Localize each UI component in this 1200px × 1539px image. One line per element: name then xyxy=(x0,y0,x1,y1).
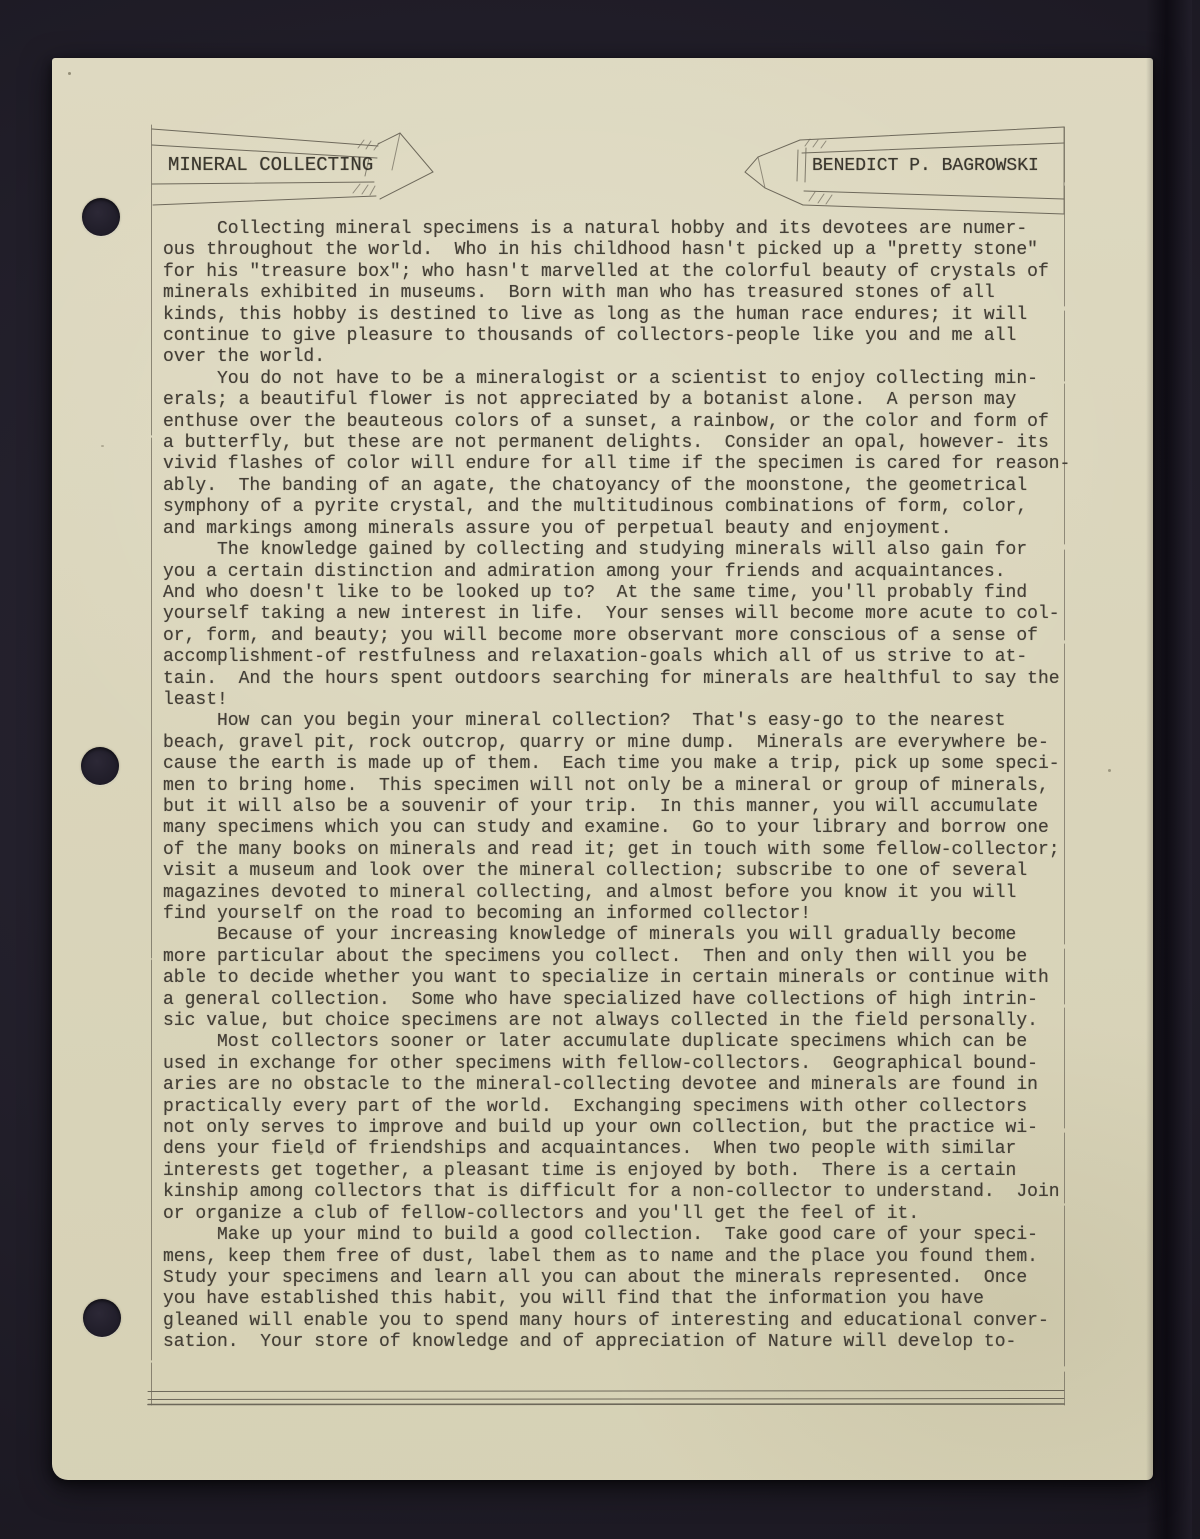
photo-background: MINERAL COLLECTING BENEDICT P. BAGROWSKI… xyxy=(0,0,1200,1539)
text-line: for his "treasure box"; who hasn't marve… xyxy=(163,262,1103,283)
text-line: you have established this habit, you wil… xyxy=(163,1289,1103,1310)
text-line: or organize a club of fellow-collectors … xyxy=(163,1204,1103,1225)
text-line: you a certain distinction and admiration… xyxy=(163,562,1103,583)
text-line: yourself taking a new interest in life. … xyxy=(163,604,1103,625)
paper-speck xyxy=(1108,769,1111,772)
text-line: not only serves to improve and build up … xyxy=(163,1118,1103,1139)
text-line: more particular about the specimens you … xyxy=(163,947,1103,968)
author-name: BENEDICT P. BAGROWSKI xyxy=(812,155,1039,178)
text-line: Make up your mind to build a good collec… xyxy=(163,1225,1103,1246)
text-line: minerals exhibited in museums. Born with… xyxy=(163,283,1103,304)
text-line: And who doesn't like to be looked up to?… xyxy=(163,583,1103,604)
text-line: but it will also be a souvenir of your t… xyxy=(163,797,1103,818)
paper-speck xyxy=(101,445,104,447)
text-line: interests get together, a pleasant time … xyxy=(163,1161,1103,1182)
bottom-rule-lines xyxy=(148,1391,1064,1405)
punch-hole-bottom xyxy=(83,1299,121,1337)
paper-speck xyxy=(309,1151,313,1155)
text-line: magazines devoted to mineral collecting,… xyxy=(163,883,1103,904)
text-line: dens your field of friendships and acqua… xyxy=(163,1139,1103,1160)
text-line: or, form, and beauty; you will become mo… xyxy=(163,626,1103,647)
text-line: enthuse over the beauteous colors of a s… xyxy=(163,412,1103,433)
text-line: and markings among minerals assure you o… xyxy=(163,519,1103,540)
text-line: find yourself on the road to becoming an… xyxy=(163,904,1103,925)
text-line: erals; a beautiful flower is not appreci… xyxy=(163,390,1103,411)
document-page: MINERAL COLLECTING BENEDICT P. BAGROWSKI… xyxy=(52,58,1153,1480)
article-body: Collecting mineral specimens is a natura… xyxy=(163,219,1103,1354)
text-line: kinship among collectors that is difficu… xyxy=(163,1182,1103,1203)
text-line: You do not have to be a mineralogist or … xyxy=(163,369,1103,390)
text-line: kinds, this hobby is destined to live as… xyxy=(163,305,1103,326)
text-line: sic value, but choice specimens are not … xyxy=(163,1011,1103,1032)
text-line: many specimens which you can study and e… xyxy=(163,818,1103,839)
text-line: beach, gravel pit, rock outcrop, quarry … xyxy=(163,733,1103,754)
text-line: able to decide whether you want to speci… xyxy=(163,968,1103,989)
paper-speck xyxy=(68,72,71,75)
text-line: a butterfly, but these are not permanent… xyxy=(163,433,1103,454)
punch-hole-top xyxy=(82,198,120,236)
text-line: Collecting mineral specimens is a natura… xyxy=(163,219,1103,240)
text-line: cause the earth is made up of them. Each… xyxy=(163,754,1103,775)
text-line: a general collection. Some who have spec… xyxy=(163,990,1103,1011)
text-line: men to bring home. This specimen will no… xyxy=(163,776,1103,797)
text-line: The knowledge gained by collecting and s… xyxy=(163,540,1103,561)
text-line: accomplishment-of restfulness and relaxa… xyxy=(163,647,1103,668)
text-line: aries are no obstacle to the mineral-col… xyxy=(163,1075,1103,1096)
text-line: tain. And the hours spent outdoors searc… xyxy=(163,669,1103,690)
punch-hole-middle xyxy=(81,747,119,785)
text-line: vivid flashes of color will endure for a… xyxy=(163,454,1103,475)
text-line: Most collectors sooner or later accumula… xyxy=(163,1032,1103,1053)
text-line: continue to give pleasure to thousands o… xyxy=(163,326,1103,347)
text-line: sation. Your store of knowledge and of a… xyxy=(163,1332,1103,1353)
text-line: Study your specimens and learn all you c… xyxy=(163,1268,1103,1289)
text-line: over the world. xyxy=(163,347,1103,368)
text-line: visit a museum and look over the mineral… xyxy=(163,861,1103,882)
text-line: of the many books on minerals and read i… xyxy=(163,840,1103,861)
text-line: mens, keep them free of dust, label them… xyxy=(163,1247,1103,1268)
text-line: least! xyxy=(163,690,1103,711)
text-line: gleaned will enable you to spend many ho… xyxy=(163,1311,1103,1332)
text-line: used in exchange for other specimens wit… xyxy=(163,1054,1103,1075)
page-title: MINERAL COLLECTING xyxy=(168,154,373,177)
text-line: Because of your increasing knowledge of … xyxy=(163,925,1103,946)
text-line: ous throughout the world. Who in his chi… xyxy=(163,240,1103,261)
text-line: ably. The banding of an agate, the chato… xyxy=(163,476,1103,497)
text-line: symphony of a pyrite crystal, and the mu… xyxy=(163,497,1103,518)
text-line: practically every part of the world. Exc… xyxy=(163,1097,1103,1118)
text-line: How can you begin your mineral collectio… xyxy=(163,711,1103,732)
